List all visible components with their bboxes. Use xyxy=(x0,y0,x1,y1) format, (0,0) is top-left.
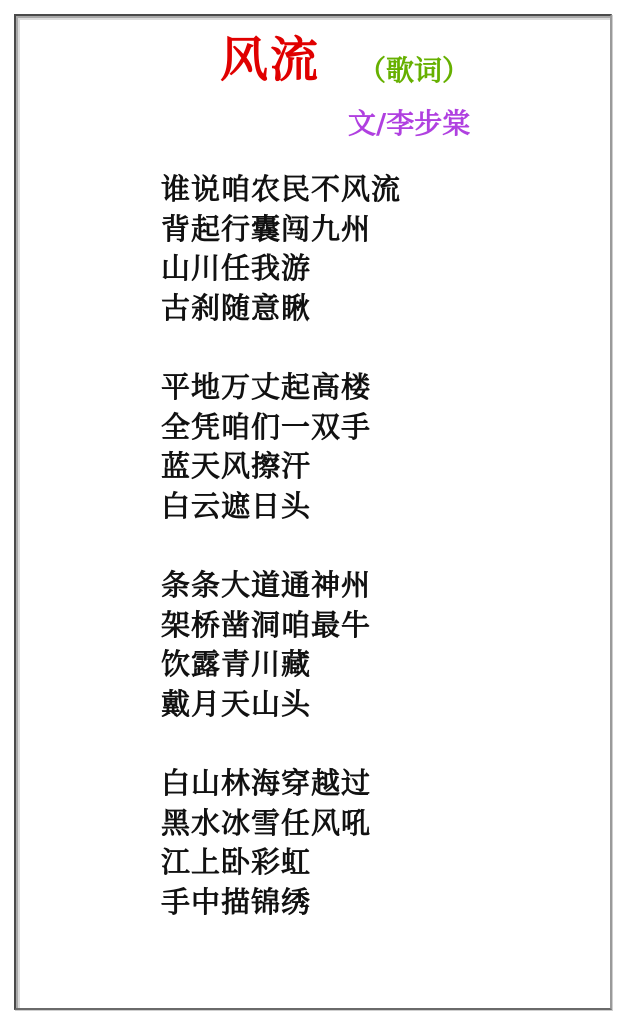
lyric-line: 戴月天山头 xyxy=(161,685,481,725)
stanza-3: 条条大道通神州 架桥凿洞咱最牛 饮露青川藏 戴月天山头 xyxy=(161,566,481,724)
song-title: 风流 xyxy=(220,30,320,90)
lyric-line: 古刹随意瞅 xyxy=(161,289,481,329)
author-credit: 文/李步棠 xyxy=(348,104,470,144)
lyric-line: 全凭咱们一双手 xyxy=(161,408,481,448)
lyric-line: 饮露青川藏 xyxy=(161,645,481,685)
lyric-line: 黑水冰雪任风吼 xyxy=(161,804,481,844)
lyric-line: 背起行囊闯九州 xyxy=(161,210,481,250)
lyric-line: 蓝天风擦汗 xyxy=(161,447,481,487)
lyrics-body: 谁说咱农民不风流 背起行囊闯九州 山川任我游 古刹随意瞅 平地万丈起高楼 全凭咱… xyxy=(161,170,481,962)
stanza-2: 平地万丈起高楼 全凭咱们一双手 蓝天风擦汗 白云遮日头 xyxy=(161,368,481,526)
song-subtitle: （歌词） xyxy=(358,52,470,90)
lyric-line: 山川任我游 xyxy=(161,249,481,289)
lyric-line: 谁说咱农民不风流 xyxy=(161,170,481,210)
lyric-line: 江上卧彩虹 xyxy=(161,843,481,883)
stanza-4: 白山林海穿越过 黑水冰雪任风吼 江上卧彩虹 手中描锦绣 xyxy=(161,764,481,922)
lyric-line: 条条大道通神州 xyxy=(161,566,481,606)
stanza-1: 谁说咱农民不风流 背起行囊闯九州 山川任我游 古刹随意瞅 xyxy=(161,170,481,328)
lyric-line: 平地万丈起高楼 xyxy=(161,368,481,408)
lyric-line: 白云遮日头 xyxy=(161,487,481,527)
lyric-line: 白山林海穿越过 xyxy=(161,764,481,804)
lyric-line: 架桥凿洞咱最牛 xyxy=(161,606,481,646)
lyric-line: 手中描锦绣 xyxy=(161,883,481,923)
